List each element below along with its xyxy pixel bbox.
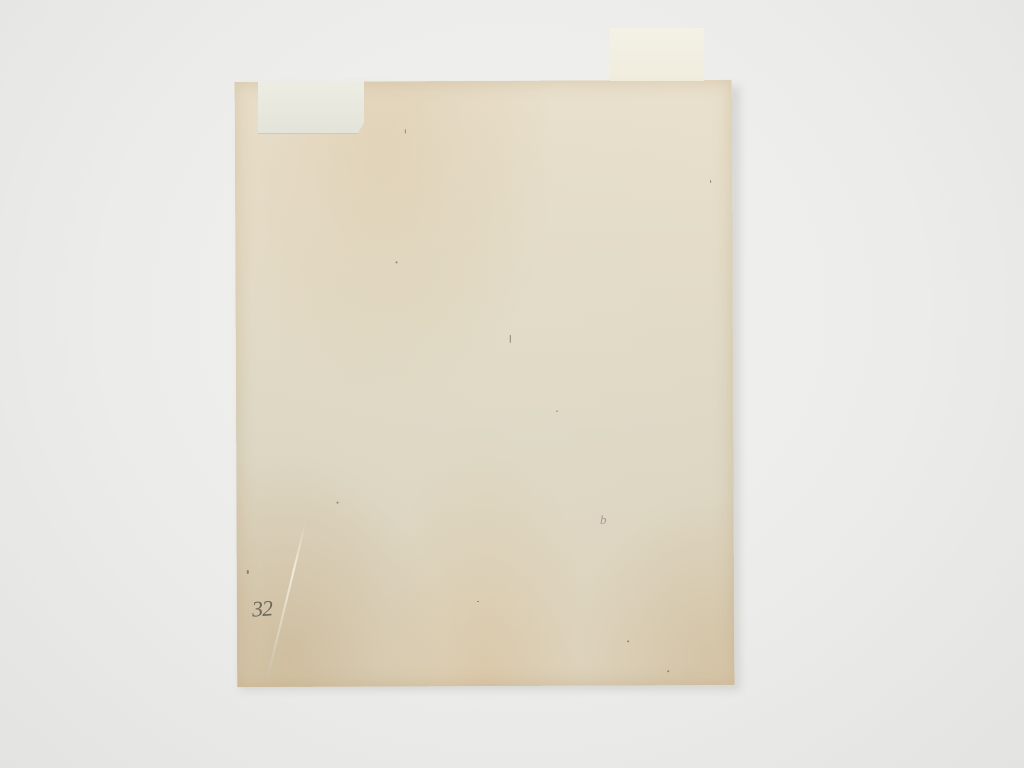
tape-top-left: [258, 81, 364, 134]
speck: [627, 640, 629, 642]
paper-sheet: [235, 80, 735, 687]
speck: [556, 411, 558, 412]
speck: [667, 670, 669, 672]
speck: [247, 570, 249, 574]
handwritten-numeral: 32: [251, 595, 273, 622]
speck: [405, 129, 406, 133]
speck: [510, 335, 511, 343]
faint-pencil-mark: b: [600, 512, 607, 528]
speck: [337, 502, 339, 504]
photo-scene: 32 b: [0, 0, 1024, 768]
speck: [710, 180, 711, 183]
tape-top-right: [610, 28, 704, 81]
speck: [477, 601, 479, 602]
speck: [395, 261, 397, 263]
